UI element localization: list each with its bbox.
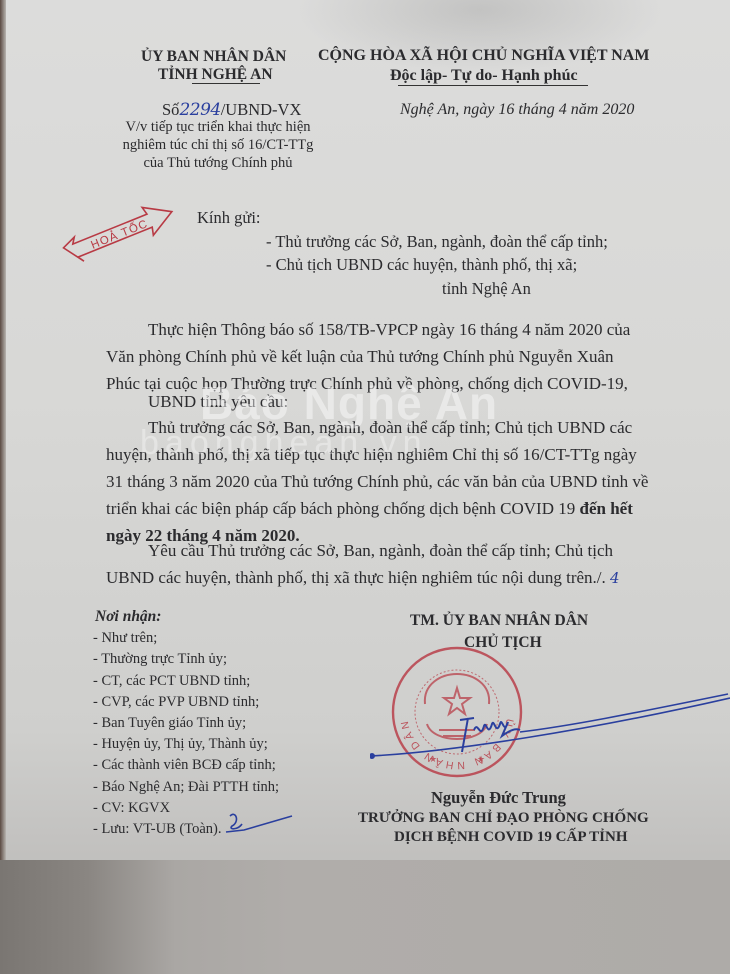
doc-number-suffix: /UBND-VX xyxy=(221,100,302,119)
nation-motto: Độc lập- Tự do- Hạnh phúc xyxy=(390,67,578,85)
recipient-line: tỉnh Nghệ An xyxy=(442,279,531,299)
recipients-heading: Kính gửi: xyxy=(197,208,261,228)
subject-line: nghiêm túc chỉ thị số 16/CT-TTg xyxy=(122,136,314,154)
body-line: Thủ trưởng các Sở, Ban, ngành, đoàn thể … xyxy=(106,414,696,441)
distribution-item: - Báo Nghệ An; Đài PTTH tỉnh; xyxy=(93,777,279,798)
body-line: huyện, thành phố, thị xã tiếp tục thực h… xyxy=(106,441,696,468)
recipient-line: - Thủ trưởng các Sở, Ban, ngành, đoàn th… xyxy=(266,232,608,252)
body-line: Thực hiện Thông báo số 158/TB-VPCP ngày … xyxy=(106,316,694,343)
distribution-item: - Các thành viên BCĐ cấp tỉnh; xyxy=(93,755,279,776)
initials-mark: 4 xyxy=(610,569,620,587)
place-date: Nghệ An, ngày 16 tháng 4 năm 2020 xyxy=(400,101,634,119)
urgent-stamp: HOẢ TỐC xyxy=(56,196,182,270)
body-line-text: UBND các huyện, thành phố, thị xã thực h… xyxy=(106,568,606,587)
agency-name: ỦY BAN NHÂN DÂN xyxy=(141,48,286,66)
distribution-item: - CT, các PCT UBND tỉnh; xyxy=(93,671,279,692)
distribution-item: - CVP, các PVP UBND tỉnh; xyxy=(93,692,279,713)
signature-authority: TM. ỦY BAN NHÂN DÂN xyxy=(410,612,588,630)
body-line: Yêu cầu Thủ trưởng các Sở, Ban, ngành, đ… xyxy=(106,537,696,564)
doc-number-handwritten: 2294 xyxy=(179,100,220,120)
body-line: triển khai các biện pháp cấp bách phòng … xyxy=(106,495,696,522)
distribution-item: - Huyện ủy, Thị ủy, Thành ủy; xyxy=(93,734,279,755)
body-paragraph-4: Yêu cầu Thủ trưởng các Sở, Ban, ngành, đ… xyxy=(106,537,696,592)
distribution-heading: Nơi nhận: xyxy=(95,606,279,627)
signer-name: Nguyễn Đức Trung xyxy=(431,788,566,808)
body-paragraph-2: UBND tỉnh yêu cầu: xyxy=(148,388,288,415)
deadline-emphasis: đến hết xyxy=(580,499,633,518)
agency-province: TỈNH NGHỆ AN xyxy=(158,66,273,84)
distribution-item: - Như trên; xyxy=(93,628,279,649)
signer-title-line2: DỊCH BỆNH COVID 19 CẤP TỈNH xyxy=(394,829,628,846)
recipient-line: - Chủ tịch UBND các huyện, thành phố, th… xyxy=(266,255,577,275)
clerk-initials-scribble xyxy=(222,808,312,838)
body-paragraph-1: Thực hiện Thông báo số 158/TB-VPCP ngày … xyxy=(106,316,694,397)
distribution-item: - Ban Tuyên giáo Tỉnh ủy; xyxy=(93,713,279,734)
nation-name: CỘNG HÒA XÃ HỘI CHỦ NGHĨA VIỆT NAM xyxy=(318,47,649,65)
doc-number: Số2294/UBND-VX xyxy=(162,100,301,120)
doc-number-prefix: Số xyxy=(162,100,179,119)
chairman-signature xyxy=(370,690,730,800)
subject: V/v tiếp tục triển khai thực hiện nghiêm… xyxy=(122,118,314,172)
body-line-text: triển khai các biện pháp cấp bách phòng … xyxy=(106,499,580,518)
body-line: UBND các huyện, thành phố, thị xã thực h… xyxy=(106,564,696,592)
distribution-item: - Thường trực Tỉnh ủy; xyxy=(93,649,279,670)
page-edge-shadow xyxy=(0,0,6,860)
table-surface-below-page xyxy=(0,860,730,974)
subject-line: của Thủ tướng Chính phủ xyxy=(122,154,314,172)
body-line: Văn phòng Chính phủ về kết luận của Thủ … xyxy=(106,343,694,370)
body-paragraph-3: Thủ trưởng các Sở, Ban, ngành, đoàn thể … xyxy=(106,414,696,549)
body-line: 31 tháng 3 năm 2020 của Thủ tướng Chính … xyxy=(106,468,696,495)
motto-underline xyxy=(398,85,588,86)
agency-underline xyxy=(192,83,260,84)
urgent-arrow-icon: HOẢ TỐC xyxy=(56,196,182,270)
signer-title-line1: TRƯỞNG BAN CHỈ ĐẠO PHÒNG CHỐNG xyxy=(358,810,649,827)
subject-line: V/v tiếp tục triển khai thực hiện xyxy=(122,118,314,136)
distribution-list: Nơi nhận: - Như trên; - Thường trực Tỉnh… xyxy=(93,606,279,840)
